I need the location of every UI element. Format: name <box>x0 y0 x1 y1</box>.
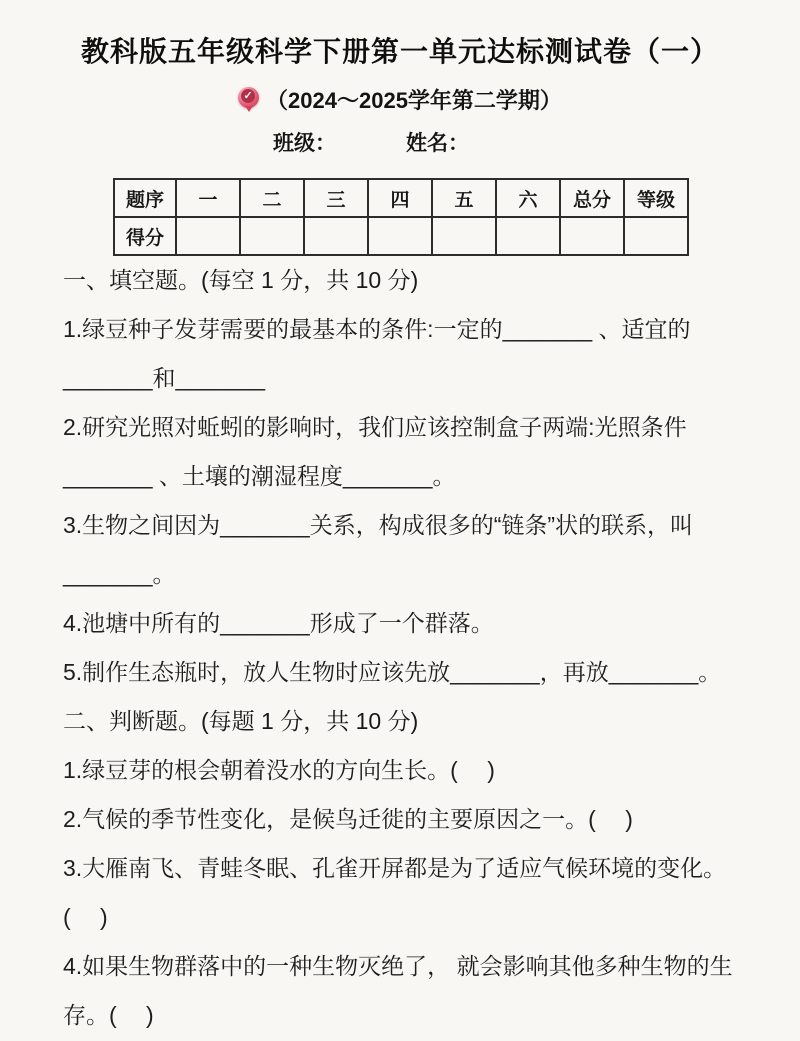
score-table-header-cell: 等级 <box>624 179 688 217</box>
score-table-score-row: 得分 <box>114 217 688 255</box>
score-cell <box>432 217 496 255</box>
question-line: 存。( ) <box>63 991 770 1040</box>
score-cell <box>304 217 368 255</box>
score-cell <box>176 217 240 255</box>
score-table-header-row: 题序 一 二 三 四 五 六 总分 等级 <box>114 179 688 217</box>
score-table-header-cell: 总分 <box>560 179 624 217</box>
paper-title: 教科版五年级科学下册第一单元达标测试卷（一） <box>0 34 800 70</box>
question-line: 5.制作生态瓶时，放人生物时应该先放_______，再放_______。 <box>63 648 770 697</box>
badge-tail <box>245 106 253 112</box>
name-label: 姓名： <box>406 127 469 157</box>
question-line: _______。 <box>63 550 770 599</box>
question-line: ( ) <box>63 893 770 942</box>
question-line: 3.大雁南飞、青蛙冬眠、孔雀开屏都是为了适应气候环境的变化。 <box>63 844 770 893</box>
questions-block: 一、填空题。(每空 1 分，共 10 分) 1.绿豆种子发芽需要的最基本的条件:… <box>0 256 800 1040</box>
score-table-header-cell: 一 <box>176 179 240 217</box>
score-table: 题序 一 二 三 四 五 六 总分 等级 得分 <box>113 178 689 256</box>
score-cell <box>496 217 560 255</box>
question-line: 3.生物之间因为_______关系，构成很多的“链条”状的联系，叫 <box>63 501 770 550</box>
score-table-header-cell: 题序 <box>114 179 176 217</box>
question-line: 2.气候的季节性变化，是候鸟迁徙的主要原因之一。( ) <box>63 795 770 844</box>
score-table-header-cell: 五 <box>432 179 496 217</box>
question-line: 1.绿豆种子发芽需要的最基本的条件:一定的_______ 、适宜的 <box>63 305 770 354</box>
test-paper-page: 教科版五年级科学下册第一单元达标测试卷（一） ✓ （2024～2025学年第二学… <box>0 0 800 1041</box>
question-line: _______和_______ <box>63 354 770 403</box>
score-cell <box>368 217 432 255</box>
paper-subtitle-row: ✓ （2024～2025学年第二学期） <box>0 84 800 114</box>
paper-subtitle: （2024～2025学年第二学期） <box>266 84 562 115</box>
section-heading-fill-blank: 一、填空题。(每空 1 分，共 10 分) <box>63 256 770 305</box>
question-line: _______ 、土壤的潮湿程度_______。 <box>63 452 770 501</box>
score-table-header-cell: 六 <box>496 179 560 217</box>
score-cell <box>624 217 688 255</box>
question-line: 4.如果生物群落中的一种生物灭绝了， 就会影响其他多种生物的生 <box>63 942 770 991</box>
score-cell <box>240 217 304 255</box>
question-line: 2.研究光照对蚯蚓的影响时，我们应该控制盒子两端:光照条件 <box>63 403 770 452</box>
section-heading-true-false: 二、判断题。(每题 1 分，共 10 分) <box>63 697 770 746</box>
class-label: 班级： <box>273 127 336 157</box>
check-mark-icon: ✓ <box>241 89 255 103</box>
score-table-header-cell: 三 <box>304 179 368 217</box>
question-line: 4.池塘中所有的_______形成了一个群落。 <box>63 599 770 648</box>
question-line: 1.绿豆芽的根会朝着没水的方向生长。( ) <box>63 746 770 795</box>
score-table-header-cell: 二 <box>240 179 304 217</box>
score-table-header-cell: 四 <box>368 179 432 217</box>
score-cell <box>560 217 624 255</box>
check-badge-icon: ✓ <box>238 87 259 112</box>
score-row-label: 得分 <box>114 217 176 255</box>
student-info-row: 班级： 姓名： <box>0 128 800 156</box>
